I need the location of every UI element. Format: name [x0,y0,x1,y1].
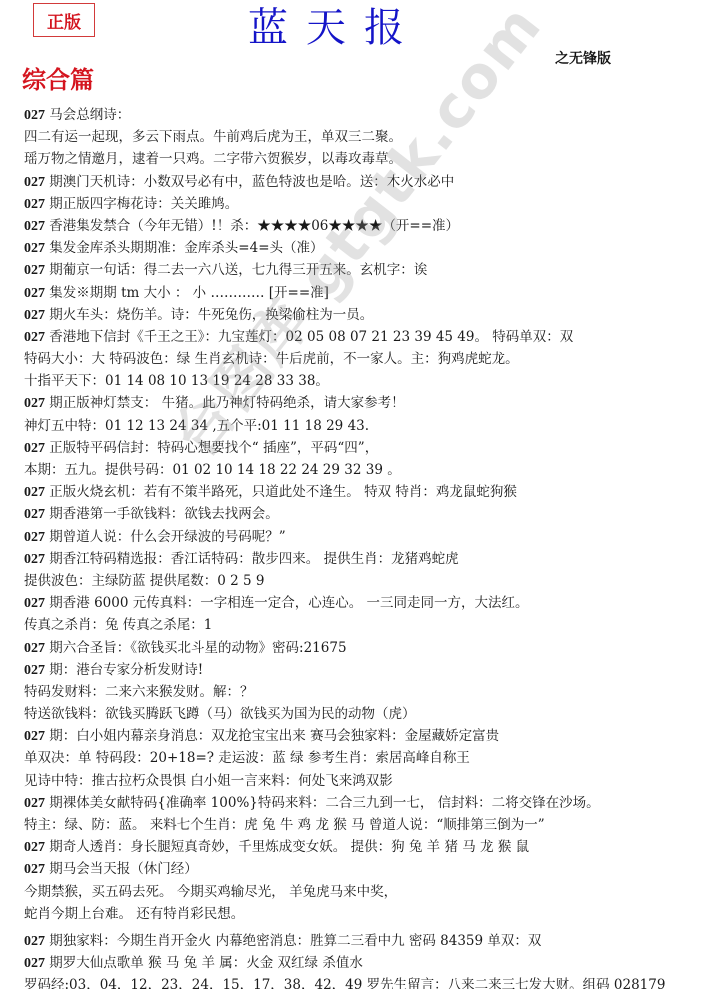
issue-number: 027 [24,485,45,500]
line-text: 传真之杀肖：兔 传真之杀尾：1 [24,617,212,633]
text-line: 027 香港地下信封《千王之王》：九宝莲灯：02 05 08 07 21 23 … [24,326,706,348]
text-line: 027 集发※期期 tm 大小 ： 小 ………… [开==准] [24,282,706,304]
text-line: 027 期罗大仙点歌单 猴 马 兔 羊 属：火金 双红绿 杀值水 [24,952,706,974]
text-line: 027 期火车头：烧伤羊。诗：牛死兔伤，换梁偷柱为一员。 [24,304,706,326]
text-line: 027 期香港 6000 元传真料：一字相连一定合，心连心。 一三同走同一方，大… [24,592,706,614]
issue-number: 027 [24,263,45,278]
edition-badge: 正版 [33,3,95,37]
issue-number: 027 [24,308,45,323]
text-line: 027 期：白小姐内幕亲身消息：双龙抢宝宝出来 赛马会独家料：金屋藏娇定富贵 [24,725,706,747]
issue-number: 027 [24,530,45,545]
line-text: 期澳门天机诗：小数双号必有中，蓝色特波也是哈。送：木火水必中 [45,174,454,190]
line-text: 期罗大仙点歌单 猴 马 兔 羊 属：火金 双红绿 杀值水 [45,955,363,971]
text-line: 特码发财料：二来六来猴发财。解：？ [24,681,706,703]
issue-number: 027 [24,108,45,123]
line-text: 蛇肖今期上台难。 还有特肖彩民想。 [24,906,244,922]
issue-number: 027 [24,796,45,811]
line-text: 期奇人透肖：身长腿短真奇妙，千里炼成变女妖。 提供：狗 兔 羊 猪 马 龙 猴 … [45,839,529,855]
issue-number: 027 [24,286,45,301]
issue-number: 027 [24,596,45,611]
text-line: 027 期独家料：今期生肖开金火 内幕绝密消息：胜算二三看中九 密码 84359… [24,930,706,952]
issue-number: 027 [24,641,45,656]
issue-number: 027 [24,219,45,234]
line-text: 期裸体美女献特码{准确率 100%}特码来料：二合三九到一七， 信封料：二将交锋… [45,795,600,811]
text-line: 027 期正版四字梅花诗：关关雎鸠。 [24,193,706,215]
line-text: 期：白小姐内幕亲身消息：双龙抢宝宝出来 赛马会独家料：金屋藏娇定富贵 [45,728,499,744]
line-text: 提供波色：主绿防蓝 提供尾数：0 2 5 9 [24,573,265,589]
line-text: 期独家料：今期生肖开金火 内幕绝密消息：胜算二三看中九 密码 84359 单双：… [45,933,541,949]
issue-number: 027 [24,441,45,456]
issue-number: 027 [24,330,45,345]
text-line: 027 期香港第一手欲钱料：欲钱去找两会。 [24,503,706,525]
line-text: 香港集发禁合（今年无错）!！杀：★★★★06★★★★（开==准） [45,218,459,234]
text-line: 提供波色：主绿防蓝 提供尾数：0 2 5 9 [24,570,706,592]
issue-number: 027 [24,552,45,567]
text-line: 027 期裸体美女献特码{准确率 100%}特码来料：二合三九到一七， 信封料：… [24,792,706,814]
line-text: 期香港第一手欲钱料：欲钱去找两会。 [45,506,279,522]
line-text: 本期：五九。提供号码：01 02 10 14 18 22 24 29 32 39… [24,462,401,478]
text-line: 027 期奇人透肖：身长腿短真奇妙，千里炼成变女妖。 提供：狗 兔 羊 猪 马 … [24,836,706,858]
line-text: 单双决：单 特码段：20+18=? 走运波：蓝 绿 参考生肖：索居高峰自称王 [24,750,470,766]
text-line: 027 正版特平码信封：特码心想要找个“ 插座”，平码“四”， [24,437,706,459]
line-text: 见诗中特：推古拉朽众畏惧 白小姐一言来料：何处飞来鸿双影 [24,773,393,789]
line-text: 正版特平码信封：特码心想要找个“ 插座”，平码“四”， [45,440,378,456]
issue-number: 027 [24,862,45,877]
line-text: 期六合圣旨：《欲钱买北斗星的动物》密码:21675 [45,640,347,656]
text-line: 027 期六合圣旨：《欲钱买北斗星的动物》密码:21675 [24,637,706,659]
line-text: 期火车头：烧伤羊。诗：牛死兔伤，换梁偷柱为一员。 [45,307,373,323]
line-text: 罗码经:03，04，12，23，24，15，17，38，42，49 罗先生留言：… [24,977,665,989]
text-line: 027 期曾道人说：什么会开绿波的号码呢？” [24,526,706,548]
text-line: 见诗中特：推古拉朽众畏惧 白小姐一言来料：何处飞来鸿双影 [24,770,706,792]
line-text: 四二有运一起现，多云下雨点。牛前鸡后虎为王，单双三二聚。 [24,129,402,145]
text-line: 027 香港集发禁合（今年无错）!！杀：★★★★06★★★★（开==准） [24,215,706,237]
line-text: 期葡京一句话：得二去一六八送，七九得三开五来。玄机字：诶 [45,262,427,278]
issue-number: 027 [24,507,45,522]
text-line: 027 期葡京一句话：得二去一六八送，七九得三开五来。玄机字：诶 [24,259,706,281]
text-line: 027 期马会当天报（休门经） [24,858,706,880]
text-line: 四二有运一起现，多云下雨点。牛前鸡后虎为王，单双三二聚。 [24,126,706,148]
line-text: 神灯五中特：01 12 13 24 34 ,五个平:01 11 18 29 43… [24,418,369,434]
line-text: 期香江特码精选报：香江话特码：散步四来。 提供生肖：龙猪鸡蛇虎 [45,551,459,567]
line-text: 特码大小：大 特码波色：绿 生肖玄机诗：牛后虎前，不一家人。主：狗鸡虎蛇龙。 [24,351,519,367]
text-line: 027 期澳门天机诗：小数双号必有中，蓝色特波也是哈。送：木火水必中 [24,171,706,193]
text-line: 罗码经:03，04，12，23，24，15，17，38，42，49 罗先生留言：… [24,974,706,989]
text-line: 本期：五九。提供号码：01 02 10 14 18 22 24 29 32 39… [24,459,706,481]
line-text: 期曾道人说：什么会开绿波的号码呢？” [45,529,286,545]
line-text: 马会总纲诗： [45,107,130,123]
text-line: 027 期正版神灯禁支： 牛猪。此乃神灯特码绝杀，请大家参考！ [24,392,706,414]
document-body: 027 马会总纲诗：四二有运一起现，多云下雨点。牛前鸡后虎为王，单双三二聚。瑶万… [24,104,706,989]
text-line: 传真之杀肖：兔 传真之杀尾：1 [24,614,706,636]
line-text: 特码发财料：二来六来猴发财。解：？ [24,684,254,700]
section-heading: 综合篇 [22,60,94,95]
edition-label: 之无锋版 [555,48,611,68]
text-line: 十指平天下：01 14 08 10 13 19 24 28 33 38。 [24,370,706,392]
text-line: 027 期香江特码精选报：香江话特码：散步四来。 提供生肖：龙猪鸡蛇虎 [24,548,706,570]
line-text: 期：港台专家分析发财诗! [45,662,203,678]
line-text: 特送欲钱料：欲钱买腾跃飞蹲（马）欲钱买为国为民的动物（虎） [24,706,416,722]
line-text: 今期禁猴，买五码去死。 今期买鸡输尽光， 羊兔虎马来中奖， [24,884,397,900]
issue-number: 027 [24,956,45,971]
text-line: 027 正版火烧玄机：若有不策半路死，只道此处不逢生。 特双 特肖：鸡龙鼠蛇狗猴 [24,481,706,503]
text-line: 神灯五中特：01 12 13 24 34 ,五个平:01 11 18 29 43… [24,415,706,437]
issue-number: 027 [24,729,45,744]
text-line: 特主：绿、防：蓝。 来料七个生肖：虎 兔 牛 鸡 龙 猴 马 曾道人说：“顺排第… [24,814,706,836]
line-text: 十指平天下：01 14 08 10 13 19 24 28 33 38。 [24,373,329,389]
issue-number: 027 [24,663,45,678]
issue-number: 027 [24,197,45,212]
text-line: 今期禁猴，买五码去死。 今期买鸡输尽光， 羊兔虎马来中奖， [24,881,706,903]
text-line: 特送欲钱料：欲钱买腾跃飞蹲（马）欲钱买为国为民的动物（虎） [24,703,706,725]
text-line: 027 期：港台专家分析发财诗! [24,659,706,681]
page-title: 蓝天报 [248,4,448,52]
text-line: 蛇肖今期上台难。 还有特肖彩民想。 [24,903,706,925]
issue-number: 027 [24,840,45,855]
line-text: 香港地下信封《千王之王》：九宝莲灯：02 05 08 07 21 23 39 4… [45,329,573,345]
line-text: 瑶万物之情邀月，逮着一只鸡。二字带六贺猴岁，以毒攻毒草。 [24,151,402,167]
issue-number: 027 [24,396,45,411]
line-text: 期香港 6000 元传真料：一字相连一定合，心连心。 一三同走同一方，大法红。 [45,595,529,611]
text-line: 特码大小：大 特码波色：绿 生肖玄机诗：牛后虎前，不一家人。主：狗鸡虎蛇龙。 [24,348,706,370]
text-line: 027 集发金库杀头期期准：金库杀头=4=头（准） [24,237,706,259]
text-line: 瑶万物之情邀月，逮着一只鸡。二字带六贺猴岁，以毒攻毒草。 [24,148,706,170]
line-text: 特主：绿、防：蓝。 来料七个生肖：虎 兔 牛 鸡 龙 猴 马 曾道人说：“顺排第… [24,817,545,833]
line-text: 集发※期期 tm 大小 ： 小 ………… [开==准] [45,285,329,301]
line-text: 期正版四字梅花诗：关关雎鸠。 [45,196,238,212]
issue-number: 027 [24,241,45,256]
line-text: 期马会当天报（休门经） [45,861,198,877]
text-line: 027 马会总纲诗： [24,104,706,126]
line-text: 期正版神灯禁支： 牛猪。此乃神灯特码绝杀，请大家参考！ [45,395,405,411]
line-text: 集发金库杀头期期准：金库杀头=4=头（准） [45,240,324,256]
issue-number: 027 [24,934,45,949]
text-line: 单双决：单 特码段：20+18=? 走运波：蓝 绿 参考生肖：索居高峰自称王 [24,747,706,769]
line-text: 正版火烧玄机：若有不策半路死，只道此处不逢生。 特双 特肖：鸡龙鼠蛇狗猴 [45,484,517,500]
issue-number: 027 [24,175,45,190]
